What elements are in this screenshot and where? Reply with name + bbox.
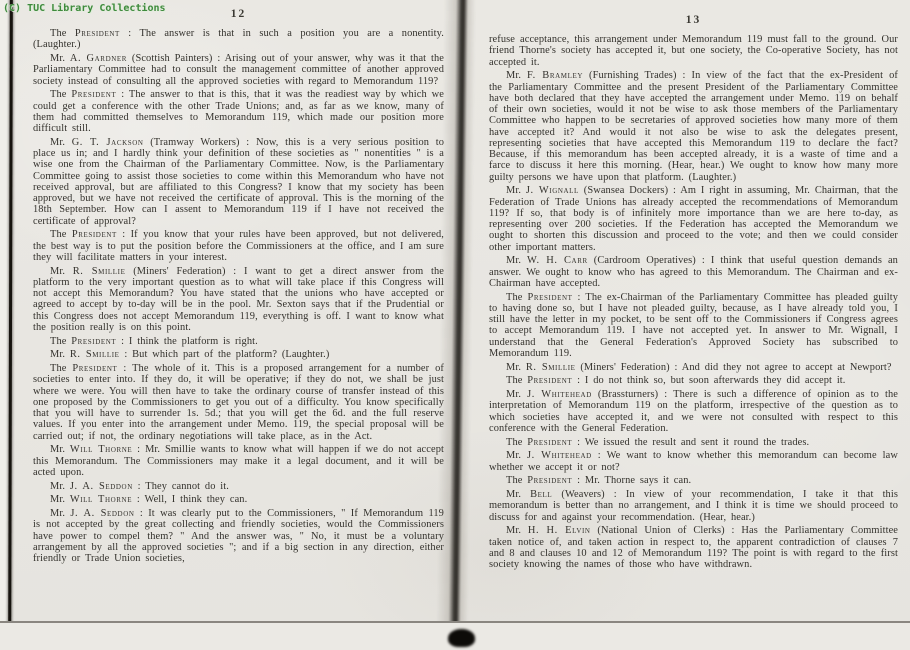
speaker-name: Will Thorne [70,494,132,505]
speaker-name: President [71,336,116,347]
speaker-name: R. Smillie [70,349,120,360]
speaker-name: J. Wignall [526,185,579,196]
paragraph: The President : The ex-Chairman of the P… [489,292,898,360]
speaker-name: G. T. Jackson [72,137,144,148]
paragraph: Mr. Will Thorne : Mr. Smillie wants to k… [33,444,444,478]
page-left-body: The President : The answer is that in su… [33,28,444,628]
paragraph: Mr. J. Whitehead : We want to know wheth… [489,450,898,473]
speaker-name: W. H. Carr [527,255,588,266]
speaker-name: President [527,375,572,386]
paragraph: The President : The whole of it. This is… [33,363,444,442]
paragraph: Mr. Bell (Weavers) : In view of your rec… [489,489,898,523]
paragraph: Mr. R. Smillie (Miners' Federation) : An… [489,362,898,373]
paragraph: Mr. W. H. Carr (Cardroom Operatives) : I… [489,255,898,289]
speaker-name: J. Whitehead [527,450,592,461]
page-right-body: refuse acceptance, this arrangement unde… [489,34,898,634]
book-spine-edge [8,0,13,650]
speaker-name: J. A. Seddon [70,508,134,519]
speaker-name: President [527,437,572,448]
speaker-name: Bell [530,489,552,500]
paragraph: Mr. H. H. Elvin (National Union of Clerk… [489,525,898,570]
page-number-right: 13 [489,14,898,26]
speaker-name: President [528,292,573,303]
speaker-name: President [72,229,117,240]
speaker-name: J. A. Seddon [70,481,133,492]
speaker-name: President [72,363,117,374]
paragraph: The President : We issued the result and… [489,437,898,448]
speaker-name: R. Smillie [526,362,576,373]
speaker-name: F. Bramley [527,70,583,81]
page-right: 13 refuse acceptance, this arrangement u… [489,14,898,634]
paragraph: Mr. J. A. Seddon : It was clearly put to… [33,508,444,564]
paragraph: Mr. G. T. Jackson (Tramway Workers) : No… [33,137,444,227]
paragraph: Mr. J. Wignall (Swansea Dockers) : Am I … [489,185,898,253]
paragraph: Mr. Will Thorne : Well, I think they can… [33,494,444,505]
paragraph: The President : The answer to that is th… [33,89,444,134]
paragraph: Mr. J. Whitehead (Brassturners) : There … [489,389,898,434]
speaker-name: President [527,475,572,486]
paragraph: Mr. R. Smillie (Miners' Federation) : I … [33,266,444,334]
book-scan: 12 The President : The answer is that in… [0,0,910,650]
speaker-name: President [75,28,120,39]
speaker-name: R. Smillie [73,266,126,277]
paragraph: The President : If you know that your ru… [33,229,444,263]
paragraph: Mr. J. A. Seddon : They cannot do it. [33,481,444,492]
paragraph: The President : I think the platform is … [33,336,444,347]
paragraph: Mr. R. Smillie : But which part of the p… [33,349,444,360]
paragraph: Mr. A. Gardner (Scottish Painters) : Ari… [33,53,444,87]
paragraph: The President : The answer is that in su… [33,28,444,51]
paragraph: The President : I do not think so, but s… [489,375,898,386]
library-watermark: (C) TUC Library Collections [3,3,166,14]
speaker-name: A. Gardner [70,53,127,64]
paragraph: refuse acceptance, this arrangement unde… [489,34,898,68]
paragraph: The President : Mr. Thorne says it can. [489,475,898,486]
speaker-name: President [71,89,116,100]
speaker-name: J. Whitehead [527,389,592,400]
book-gutter-shadow [436,0,476,642]
speaker-name: Will Thorne [70,444,132,455]
page-left: 12 The President : The answer is that in… [33,8,444,628]
speaker-name: H. H. Elvin [528,525,591,536]
binding-shadow-blob [448,629,475,647]
paragraph: Mr. F. Bramley (Furnishing Trades) : In … [489,70,898,183]
